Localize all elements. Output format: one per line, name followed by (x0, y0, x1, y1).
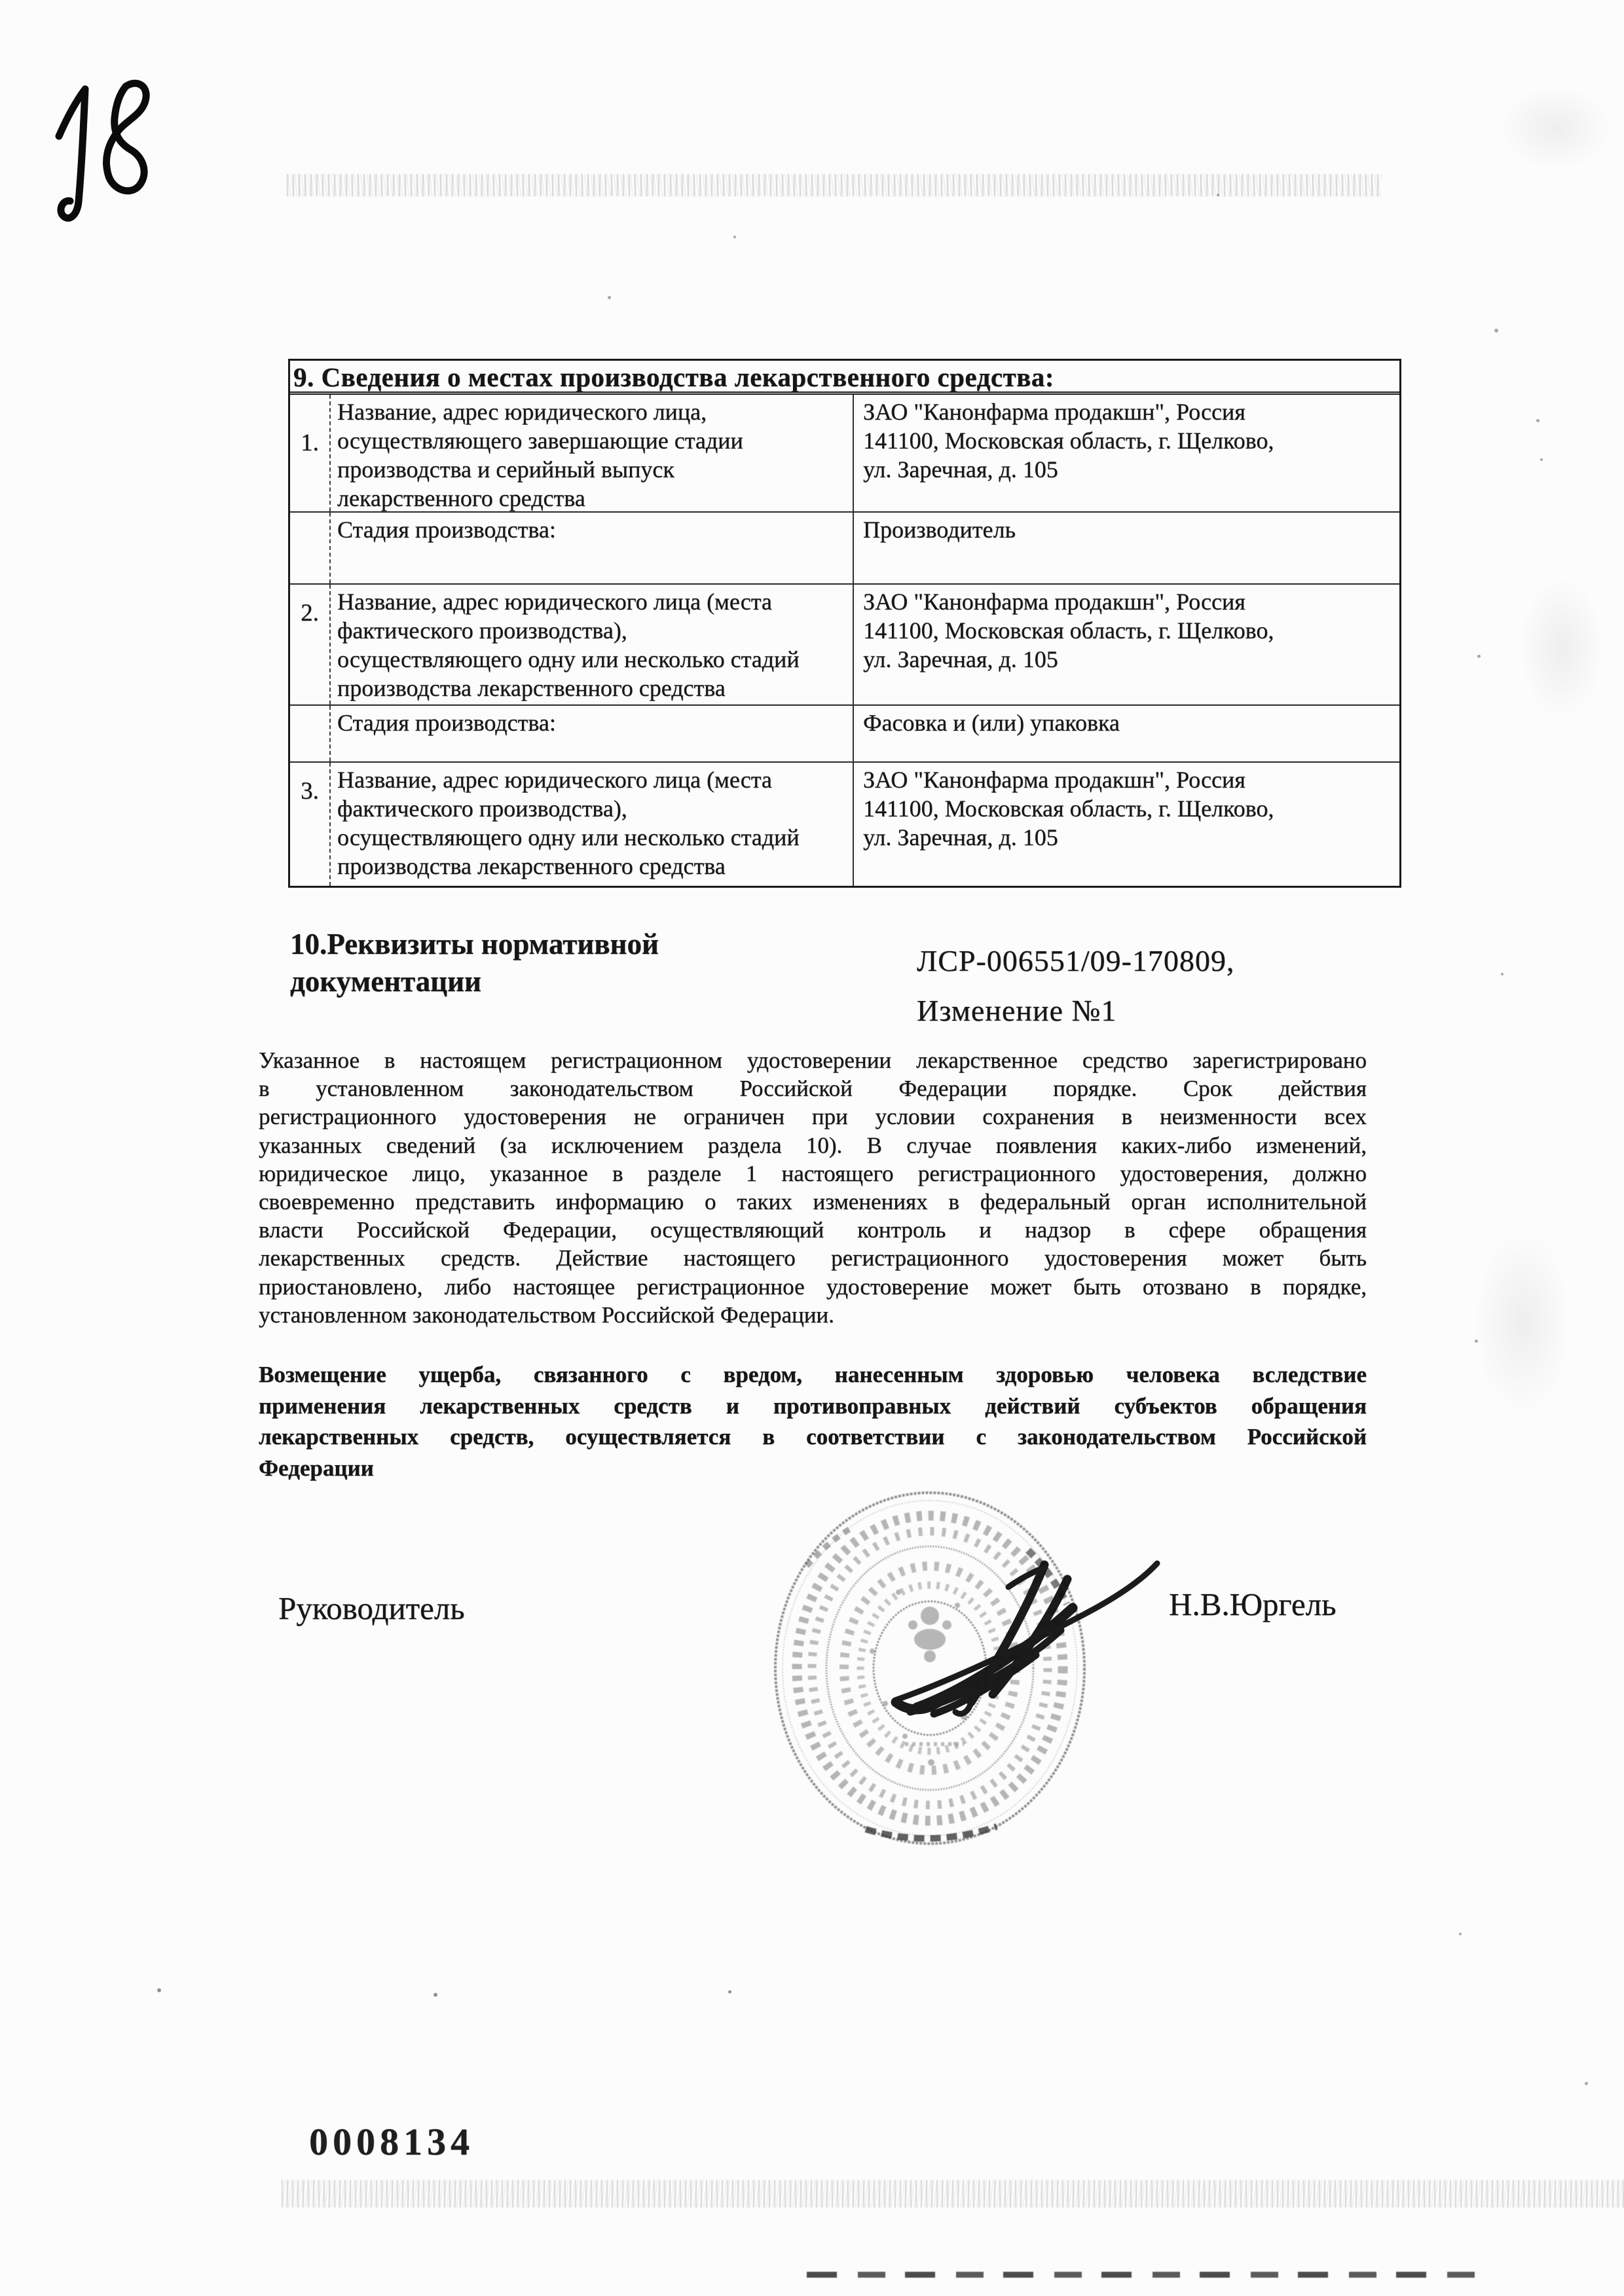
scan-noise-band (282, 2180, 1624, 2208)
document-page: 18 9. Сведения о местах производства лек… (0, 0, 1624, 2296)
registration-terms-paragraph: Указанное в настоящем регистрационном уд… (259, 1046, 1367, 1329)
scan-noise-band (807, 2272, 1494, 2278)
table-cell-value: ЗАО "Канонфарма продакшн", Россия 141100… (854, 395, 1399, 511)
signatory-name: Н.В.Юргель (1169, 1586, 1336, 1623)
table-cell-value: ЗАО "Канонфарма продакшн", Россия 141100… (854, 585, 1399, 704)
table-row: Стадия производства: Фасовка и (или) упа… (290, 704, 1399, 761)
scan-speck (1494, 329, 1498, 333)
table-cell-value: Фасовка и (или) упаковка (854, 706, 1399, 761)
handwritten-page-number: 18 (47, 73, 158, 240)
table-cell-number (290, 706, 331, 761)
serial-number: 0008134 (309, 2120, 474, 2164)
scan-smudge (1500, 85, 1611, 170)
table-cell-label: Стадия производства: (331, 513, 854, 583)
table-cell-label: Название, адрес юридического лица (места… (331, 585, 854, 704)
table-cell-value: ЗАО "Канонфарма продакшн", Россия 141100… (854, 763, 1399, 886)
table-cell-number: 1. (290, 395, 331, 511)
scan-speck (608, 296, 611, 299)
scan-speck (157, 1988, 161, 1992)
signature-strokes (812, 1545, 1179, 1728)
section10-registration-number: ЛСР-006551/09-170809, Изменение №1 (917, 936, 1234, 1036)
table-title: 9. Сведения о местах производства лекарс… (290, 361, 1399, 395)
production-sites-table: 9. Сведения о местах производства лекарс… (288, 359, 1401, 888)
table-cell-label: Название, адрес юридического лица, осуще… (331, 395, 854, 511)
signatory-role: Руководитель (278, 1590, 465, 1627)
table-cell-label: Стадия производства: (331, 706, 854, 761)
scan-speck (1501, 973, 1504, 975)
table-cell-number: 3. (290, 763, 331, 886)
liability-paragraph: Возмещение ущерба, связанного с вредом, … (259, 1359, 1367, 1484)
signature (812, 1545, 1179, 1732)
scan-speck (728, 1990, 731, 1994)
scan-speck (1536, 419, 1540, 422)
scan-speck (1477, 655, 1481, 658)
table-cell-number: 2. (290, 585, 331, 704)
scan-speck (1540, 458, 1543, 461)
scan-speck (434, 1993, 437, 1997)
section10-label: 10.Реквизиты нормативной документации (290, 926, 659, 1000)
table-cell-value: Производитель (854, 513, 1399, 583)
table-row: 1. Название, адрес юридического лица, ос… (290, 395, 1399, 511)
scan-noise-band (287, 174, 1382, 196)
table-cell-number (290, 513, 331, 583)
table-cell-label: Название, адрес юридического лица (места… (331, 763, 854, 886)
table-row: Стадия производства: Производитель (290, 511, 1399, 583)
scan-smudge (1473, 1231, 1572, 1414)
scan-speck (1585, 2082, 1588, 2085)
table-row: 2. Название, адрес юридического лица (ме… (290, 583, 1399, 704)
scan-speck (1459, 1933, 1462, 1935)
scan-speck (1475, 1339, 1478, 1343)
scan-speck (348, 977, 351, 979)
scan-smudge (1519, 576, 1604, 720)
table-row: 3. Название, адрес юридического лица (ме… (290, 761, 1399, 886)
scan-speck (1217, 194, 1219, 196)
scan-speck (733, 236, 736, 238)
handwriting-strokes (47, 73, 158, 237)
